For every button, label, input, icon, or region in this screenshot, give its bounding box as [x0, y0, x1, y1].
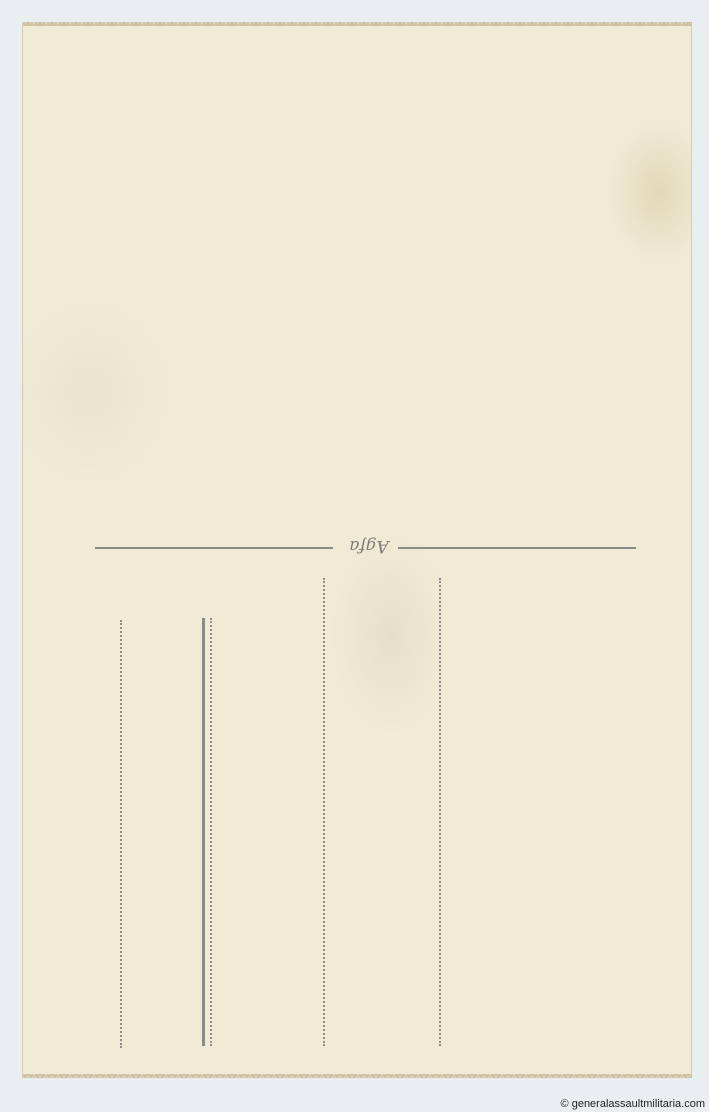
agfa-brand-mark: Agfa [344, 536, 394, 556]
address-line-4 [439, 578, 441, 1046]
divider-line-left [95, 547, 333, 549]
address-line-3 [323, 578, 325, 1046]
center-divider [202, 618, 205, 1046]
postcard-back: Agfa [22, 24, 692, 1076]
divider-line-right [398, 547, 636, 549]
address-line-2 [210, 618, 212, 1046]
copyright-watermark: © generalassaultmilitaria.com [561, 1098, 705, 1110]
deckled-edge-bottom [22, 1074, 692, 1078]
deckled-edge-top [22, 22, 692, 26]
address-line-1 [120, 620, 122, 1048]
